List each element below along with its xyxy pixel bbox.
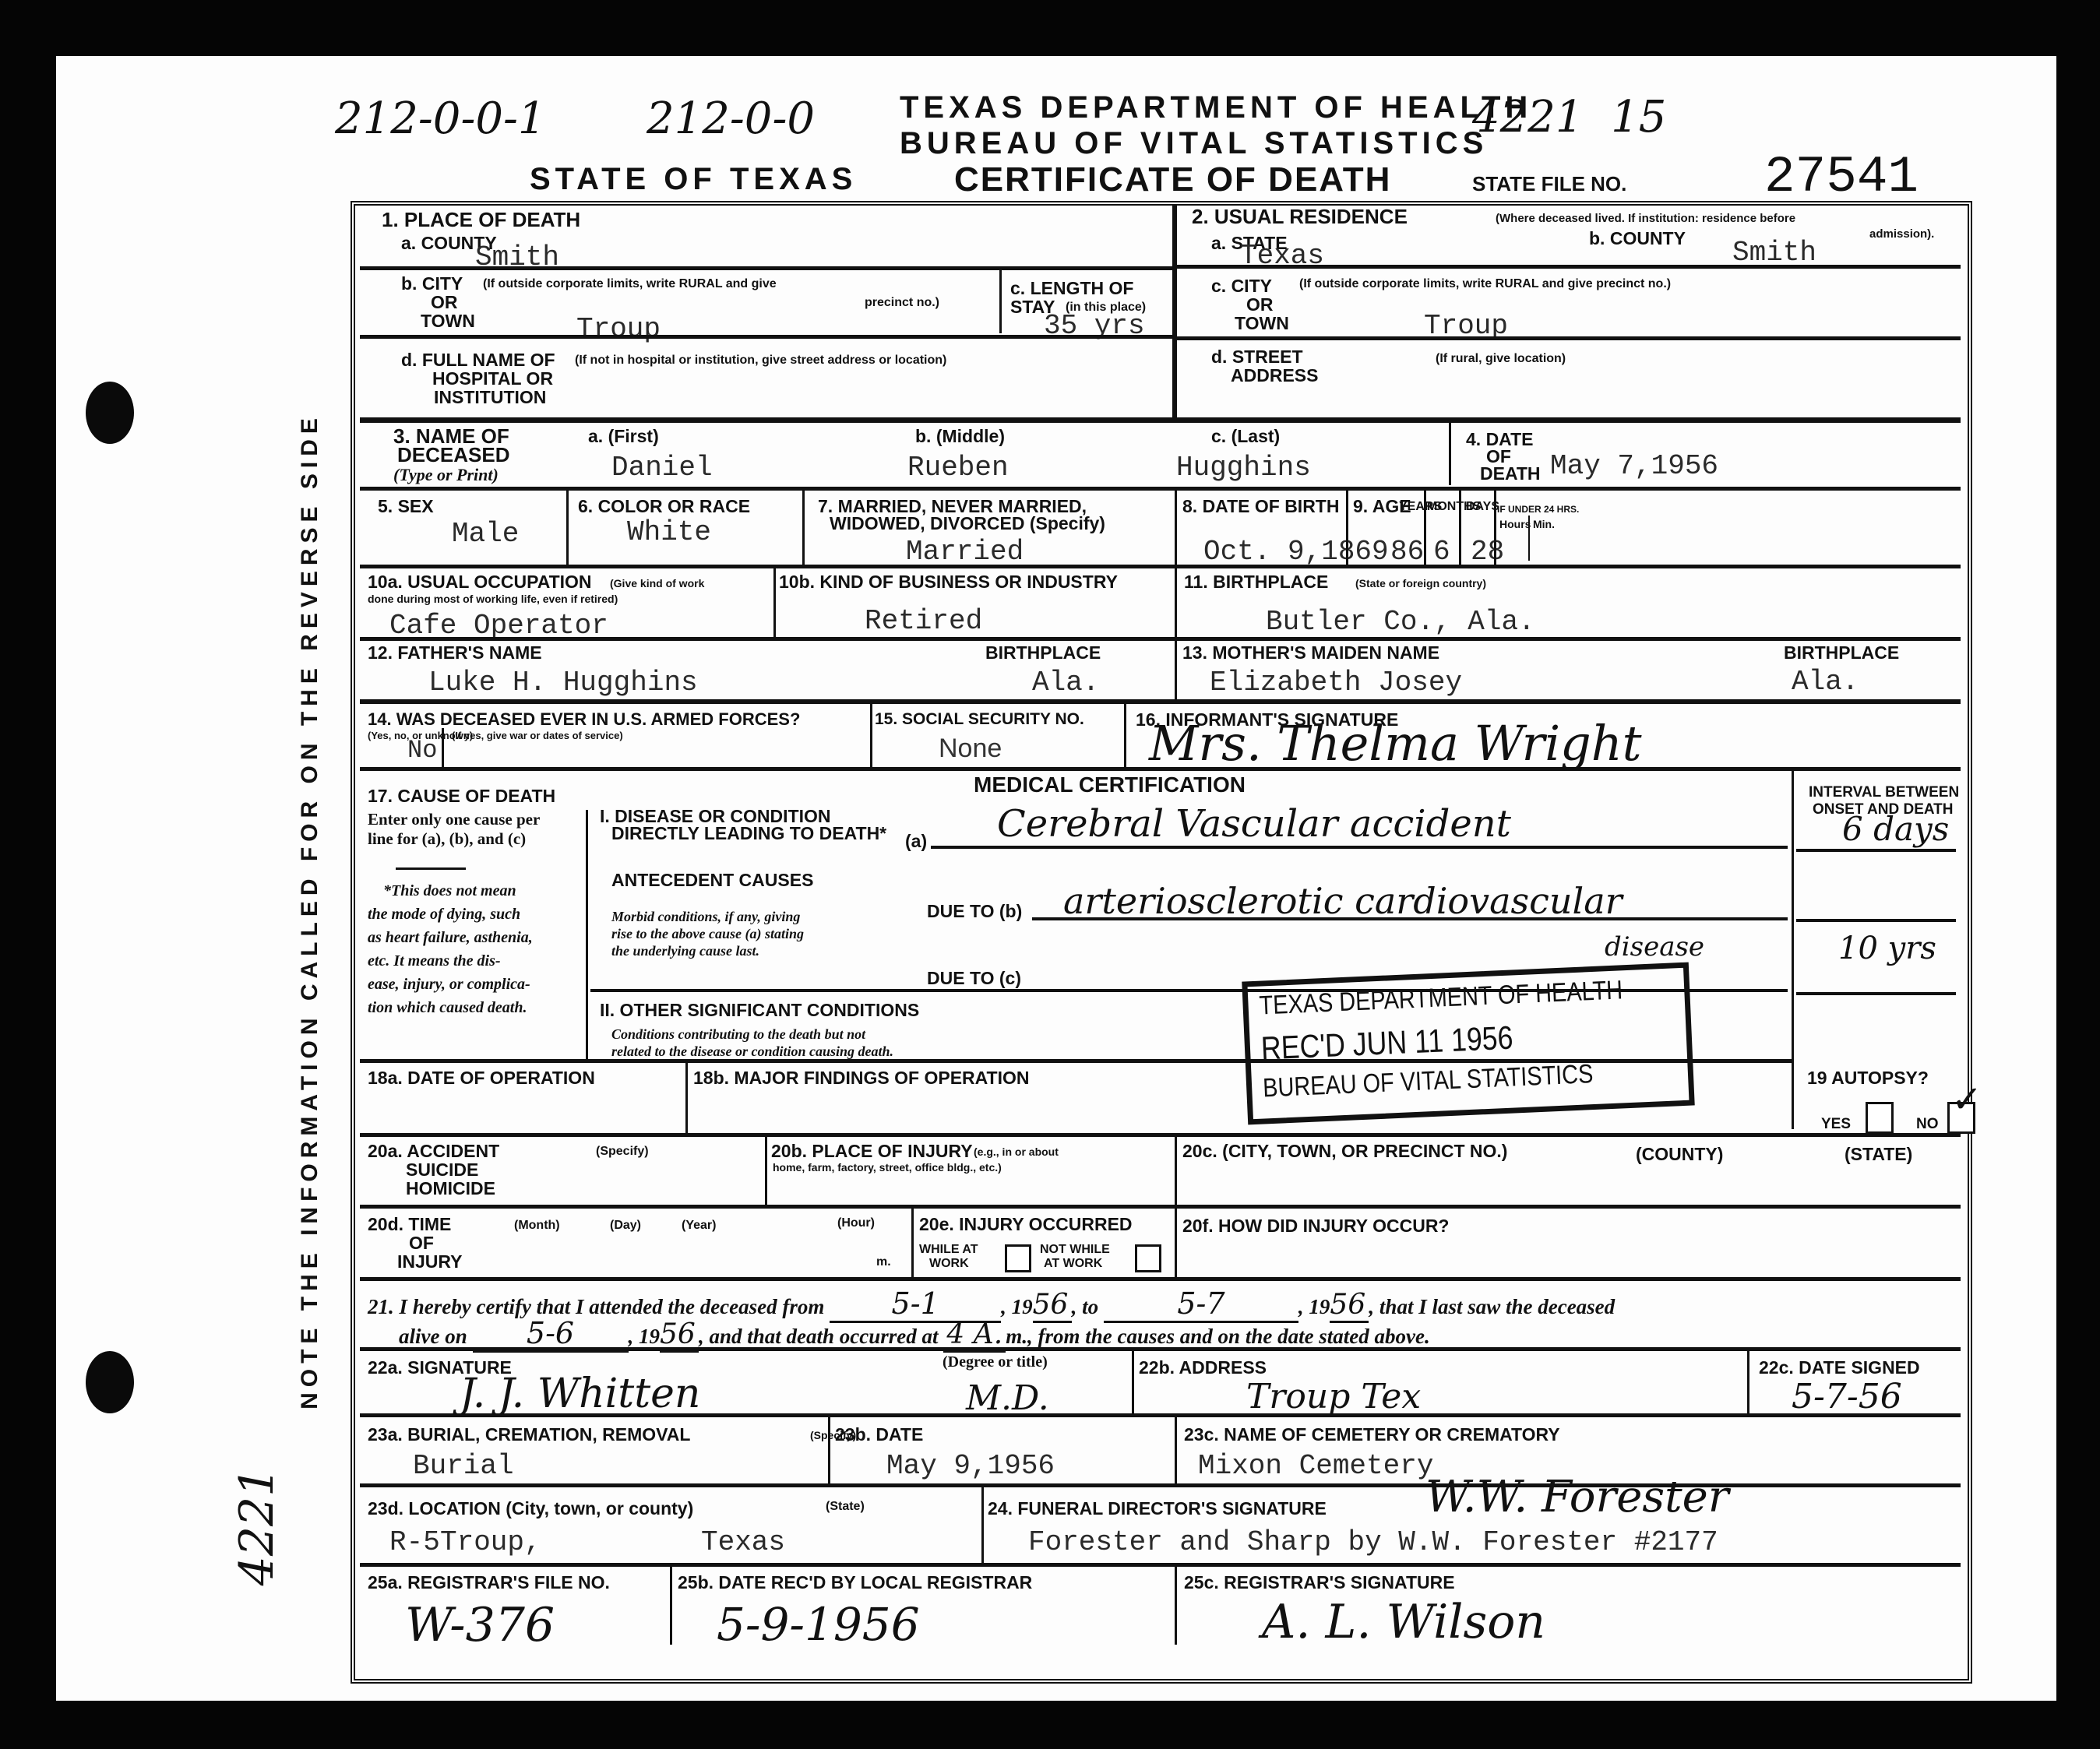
father-birthplace-value: Ala. [1032,667,1099,699]
injury-state-label: (STATE) [1845,1145,1912,1163]
street-hint: (If rural, give location) [1436,352,1566,366]
occupation-hint-2: done during most of working life, even i… [368,592,618,606]
first-name-value: Daniel [611,452,713,484]
note-line-5: ease, injury, or complica- [368,975,530,994]
burial-location-city: Troup, [440,1526,541,1558]
business-value: Retired [865,605,982,637]
punch-hole-top [86,382,134,444]
state-file-number: 27541 [1764,148,1919,206]
injury-place-hint-2: home, farm, factory, street, office bldg… [773,1160,1002,1174]
state-file-label: STATE FILE NO. [1472,174,1626,193]
injury-time-injury: INJURY [397,1252,463,1271]
armed-forces-label: 14. WAS DECEASED EVER IN U.S. ARMED FORC… [368,710,800,729]
cause-line-a-value: Cerebral Vascular accident [997,802,1511,846]
registrar-date-value: 5-9-1956 [717,1598,920,1651]
margin-vertical-note: NOTE THE INFORMATION CALLED FOR ON THE R… [297,413,323,1409]
city-label-or: OR [431,293,458,311]
physician-degree: M.D. [966,1378,1049,1418]
injury-hour-label: (Hour) [837,1216,875,1230]
morbid-hint-1: Morbid conditions, if any, giving [611,907,800,926]
cause-line-b-value: arteriosclerotic cardiovascular [1063,880,1623,922]
certify-text-7: , 19 [629,1325,661,1348]
burial-location-state: Texas [701,1526,785,1558]
cause-instr-1: Enter only one cause per [368,810,540,829]
sex-label: 5. SEX [378,497,434,516]
birthplace-label: 11. BIRTHPLACE [1184,572,1328,591]
race-value: White [627,516,711,548]
autopsy-no-checkbox[interactable]: ✓ [1947,1102,1975,1134]
stamp-line-2: REC'D JUN 11 1956 [1260,1019,1513,1068]
certify-text-2: , 19 [1001,1295,1033,1318]
accident-label: 20a. ACCIDENT [368,1142,499,1160]
how-injury-label: 20f. HOW DID INJURY OCCUR? [1182,1216,1449,1235]
line-b-label: DUE TO (b) [927,902,1022,920]
injury-county-label: (COUNTY) [1636,1145,1723,1163]
margin-handwritten-number: 4221 [230,1467,284,1586]
age-years-value: 86 [1390,536,1424,568]
interval-a-value: 6 days [1842,810,1949,848]
registrar-signature-label: 25c. REGISTRAR'S SIGNATURE [1184,1573,1455,1592]
note-line-2: the mode of dying, such [368,905,520,924]
state-of-texas: STATE OF TEXAS [530,162,857,197]
death-city-value: Troup [576,313,661,345]
father-birthplace-label: BIRTHPLACE [985,643,1101,662]
hours-label: Hours [1499,517,1531,531]
res-city-or: OR [1246,295,1274,314]
injury-place-hint: (e.g., in or about [974,1145,1059,1159]
line-a-label: (a) [905,832,927,850]
mother-name-value: Elizabeth Josey [1210,667,1462,699]
disease-label-2: DIRECTLY LEADING TO DEATH* [611,824,886,843]
hospital-label-3: INSTITUTION [434,388,546,406]
autopsy-no-label: NO [1916,1115,1939,1134]
residence-label: 2. USUAL RESIDENCE [1192,207,1408,226]
sex-value: Male [452,518,519,550]
occupation-label: 10a. USUAL OCCUPATION [368,572,592,591]
autopsy-yes-label: YES [1821,1115,1851,1134]
city-label-town: TOWN [421,311,475,330]
burial-date-label: 23b. DATE [835,1425,923,1444]
res-city-town: TOWN [1235,314,1289,333]
autopsy-label: 19 AUTOPSY? [1807,1068,1929,1087]
homicide-label: HOMICIDE [406,1179,495,1198]
other-conditions-label: II. OTHER SIGNIFICANT CONDITIONS [600,1001,919,1019]
place-of-death-label: 1. PLACE OF DEATH [382,210,580,229]
accident-specify-label: (Specify) [596,1145,649,1159]
injury-year-label: (Year) [682,1219,716,1233]
last-name-label: c. (Last) [1211,427,1280,445]
city-hint-2: precinct no.) [865,296,939,310]
stamp-line-1: TEXAS DEPARTMENT OF HEALTH [1259,975,1623,1021]
punch-hole-bottom [86,1351,134,1413]
other-hint-1: Conditions contributing to the death but… [611,1025,865,1043]
injury-day-label: (Day) [610,1219,641,1233]
injury-city-label: 20c. (CITY, TOWN, OR PRECINCT NO.) [1182,1142,1507,1160]
hospital-label-2: HOSPITAL OR [432,369,553,388]
city-hint: (If outside corporate limits, write RURA… [483,277,777,291]
business-label: 10b. KIND OF BUSINESS OR INDUSTRY [779,572,1118,591]
note-line-6: tion which caused death. [368,998,527,1017]
certify-text-9: m., from the causes and on the date stat… [1006,1325,1429,1348]
armed-hint-2: (If yes, give war or dates of service) [452,729,623,743]
note-line-3: as heart failure, asthenia, [368,928,533,947]
cause-label: 17. CAUSE OF DEATH [368,787,555,805]
birthplace-value: Butler Co., Ala. [1266,606,1535,638]
residence-hint: (Where deceased lived. If institution: r… [1496,212,1795,226]
burial-location-label: 23d. LOCATION (City, town, or county) [368,1499,693,1518]
degree-label: (Degree or title) [943,1355,1048,1369]
certificate-title: CERTIFICATE OF DEATH [954,160,1391,199]
injury-time-of: OF [409,1233,434,1252]
funeral-director-label: 24. FUNERAL DIRECTOR'S SIGNATURE [988,1499,1327,1518]
res-city-label: c. CITY [1211,276,1272,295]
burial-state-label: (State) [826,1500,865,1514]
date-signed-value: 5-7-56 [1792,1377,1902,1416]
min-label: Min. [1533,517,1555,531]
file-code-left: 212-0-0-1 [335,93,546,144]
father-name-value: Luke H. Hugghins [428,667,698,699]
marital-label-2: WIDOWED, DIVORCED (Specify) [830,514,1105,533]
hospital-hint: (If not in hospital or institution, give… [575,354,946,368]
mother-birthplace-value: Ala. [1792,666,1859,698]
certify-text-6: alive on [399,1325,467,1348]
physician-address: Troup Tex [1246,1377,1421,1416]
physician-signature: J. J. Whitten [460,1371,700,1417]
cause-instr-2: line for (a), (b), and (c) [368,829,526,848]
hospital-label: d. FULL NAME OF [401,350,555,369]
note-line-1: *This does not mean [383,882,516,900]
medical-certification-title: MEDICAL CERTIFICATION [974,776,1246,794]
handwritten-ref: 4221 15 [1472,92,1666,143]
marital-status-value: Married [906,536,1024,568]
interval-b-value: 10 yrs [1838,931,1936,966]
other-hint-2: related to the disease or condition caus… [611,1042,893,1061]
informant-signature: Mrs. Thelma Wright [1149,715,1642,772]
injury-month-label: (Month) [514,1219,560,1233]
certify-text-3: , to [1072,1295,1099,1318]
registrar-file-value: W-376 [405,1598,555,1652]
birthplace-hint: (State or foreign country) [1355,576,1486,590]
date-of-birth-value: Oct. 9,1869 [1203,536,1389,568]
registrar-date-label: 25b. DATE REC'D BY LOCAL REGISTRAR [678,1573,1032,1592]
line-c-label: DUE TO (c) [927,969,1021,987]
injury-time-label: 20d. TIME [368,1215,451,1233]
form-border [351,201,1972,1684]
race-label: 6. COLOR OR RACE [578,497,750,516]
physician-address-label: 22b. ADDRESS [1139,1358,1267,1377]
cemetery-value: Mixon Cemetery [1198,1450,1433,1482]
certify-text-5: , that I last saw the deceased [1369,1295,1615,1318]
age-months-value: 6 [1433,536,1450,568]
middle-name-value: Rueben [907,452,1009,484]
residence-hint-2: admission). [1869,227,1934,241]
ssn-label: 15. SOCIAL SECURITY NO. [875,710,1084,729]
disposition-value: Burial [413,1450,514,1482]
mother-label: 13. MOTHER'S MAIDEN NAME [1182,643,1439,662]
stamp-line-3: BUREAU OF VITAL STATISTICS [1262,1059,1594,1103]
operation-findings-label: 18b. MAJOR FINDINGS OF OPERATION [693,1068,1030,1087]
registrar-signature: A. L. Wilson [1262,1595,1545,1649]
street-label-2: ADDRESS [1231,366,1318,385]
date-of-death-value: May 7,1956 [1550,450,1718,482]
date-signed-label: 22c. DATE SIGNED [1759,1358,1920,1377]
not-while-at-work-label: NOT WHILE [1040,1243,1110,1257]
morbid-hint-2: rise to the above cause (a) stating [611,924,804,943]
under-24-label: IF UNDER 24 HRS. [1497,500,1579,519]
disposition-label: 23a. BURIAL, CREMATION, REMOVAL [368,1425,690,1444]
interval-label: INTERVAL BETWEEN [1809,783,1959,802]
antecedent-label: ANTECEDENT CAUSES [611,871,813,889]
dept-line-1: TEXAS DEPARTMENT OF HEALTH [900,90,1532,125]
not-while-at-work-checkbox[interactable] [1135,1244,1161,1272]
occupation-hint: (Give kind of work [610,576,704,590]
dept-line-2: BUREAU OF VITAL STATISTICS [900,126,1488,161]
cause-line-b-continuation: disease [1605,931,1704,962]
injury-occurred-label: 20e. INJURY OCCURRED [919,1215,1133,1233]
dob-label: 8. DATE OF BIRTH [1182,497,1339,516]
funeral-director-value: Forester and Sharp by W.W. Forester #217… [1028,1526,1718,1558]
street-label: d. STREET [1211,347,1303,366]
funeral-director-signature: W.W. Forester [1425,1472,1729,1522]
ssn-value: None [939,734,1002,764]
operation-date-label: 18a. DATE OF OPERATION [368,1068,595,1087]
while-at-work-checkbox[interactable] [1005,1244,1031,1272]
first-name-label: a. (First) [588,427,659,445]
certify-text-8: , and that death occurred at [699,1325,939,1348]
name-label-2: DECEASED [397,445,509,464]
file-code-mid: 212-0-0 [647,93,815,144]
received-stamp: TEXAS DEPARTMENT OF HEALTH REC'D JUN 11 … [1242,962,1694,1125]
age-days-value: 28 [1471,536,1504,568]
city-label: b. CITY [401,274,463,293]
note-line-4: etc. It means the dis- [368,952,501,970]
name-label-3: (Type or Print) [393,466,499,484]
suicide-label: SUICIDE [406,1160,478,1179]
check-mark-icon: ✓ [1951,1081,1982,1118]
res-county-label: b. COUNTY [1589,229,1686,248]
not-while-at-work-label-2: AT WORK [1044,1257,1102,1271]
res-county-value: Smith [1732,237,1816,269]
registrar-file-label: 25a. REGISTRAR'S FILE NO. [368,1573,610,1592]
while-at-work-label: WHILE AT [919,1243,978,1257]
while-at-work-label-2: WORK [929,1257,969,1271]
last-name-value: Hugghins [1176,452,1311,484]
injury-m-label: m. [876,1255,891,1269]
burial-date-value: May 9,1956 [886,1450,1055,1482]
cemetery-label: 23c. NAME OF CEMETERY OR CREMATORY [1184,1425,1560,1444]
morbid-hint-3: the underlying cause last. [611,941,759,960]
dod-label-3: DEATH [1480,464,1541,483]
mother-birthplace-label: BIRTHPLACE [1784,643,1899,662]
middle-name-label: b. (Middle) [915,427,1005,445]
res-city-hint: (If outside corporate limits, write RURA… [1299,277,1671,291]
father-label: 12. FATHER'S NAME [368,643,542,662]
burial-location-rural: R-5 [389,1526,440,1558]
certify-text-4: , 19 [1298,1295,1330,1318]
injury-place-label: 20b. PLACE OF INJURY [771,1142,973,1160]
armed-forces-value: No [407,736,437,765]
autopsy-yes-checkbox[interactable] [1866,1102,1894,1134]
stay-label: c. LENGTH OF [1010,279,1133,297]
certify-text-1: 21. I hereby certify that I attended the… [368,1295,824,1318]
